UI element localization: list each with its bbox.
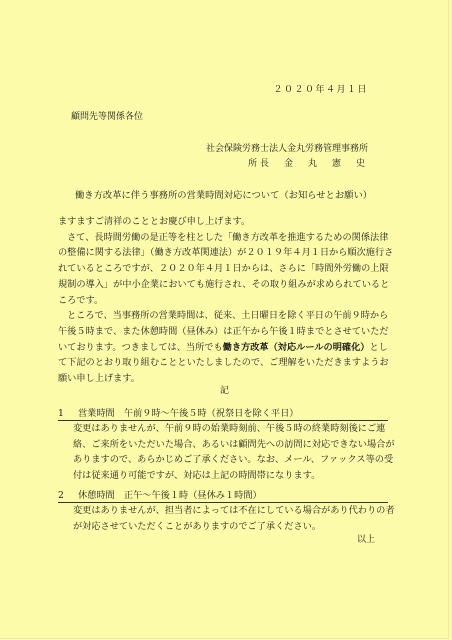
closing-ijo: 以上 — [357, 532, 375, 545]
recipient: 顧問先等関係各位 — [71, 109, 143, 122]
paragraph-2: ところで、当事務所の営業時間は、従来、土日曜日を除く平日の午前９時から午後５時ま… — [58, 308, 394, 387]
document-title: 働き方改革に伴う事務所の営業時間対応について（お知らせとお願い） — [75, 187, 372, 201]
item-1-heading-text: 営業時間 午前９時～午後５時（祝祭日を除く平日） — [78, 408, 299, 419]
sender-organization: 社会保険労務士法人金丸労務管理事務所 — [206, 141, 368, 154]
item-1-heading: 1営業時間 午前９時～午後５時（祝祭日を除く平日） — [58, 405, 388, 421]
item-2-number: 2 — [58, 490, 78, 501]
item-2-body: 変更はありませんが、担当者によっては不在にしている場合があり代わりの者が対応させ… — [73, 503, 398, 534]
item-1-number: 1 — [58, 408, 78, 419]
paragraph-2-emphasis: 働き方改革（対応ルールの明確化） — [223, 342, 370, 353]
sender-name: 所長 金 丸 憲 史 — [248, 156, 368, 169]
greeting: ますますご清祥のこととお慶び申し上げます。 — [58, 214, 394, 230]
paragraph-1: さて、長時間労働の是正等を柱とした「働き方改革を推進するための関係法律の整備に関… — [58, 230, 394, 309]
item-2-heading: 2休憩時間 正午～午後１時（昼休み１時間） — [58, 487, 388, 503]
document-date: ２０２０年４月１日 — [273, 82, 368, 95]
document-page: ２０２０年４月１日 顧問先等関係各位 社会保険労務士法人金丸労務管理事務所 所長… — [0, 0, 449, 639]
ki-heading: 記 — [220, 383, 229, 396]
document-body: ますますご清祥のこととお慶び申し上げます。 さて、長時間労働の是正等を柱とした「… — [58, 214, 394, 387]
item-2-heading-text: 休憩時間 正午～午後１時（昼休み１時間） — [78, 490, 262, 501]
item-1-body: 変更はありませんが、午前９時の始業時刻前、午後５時の終業時刻後にご連絡、ご来所を… — [73, 421, 398, 483]
